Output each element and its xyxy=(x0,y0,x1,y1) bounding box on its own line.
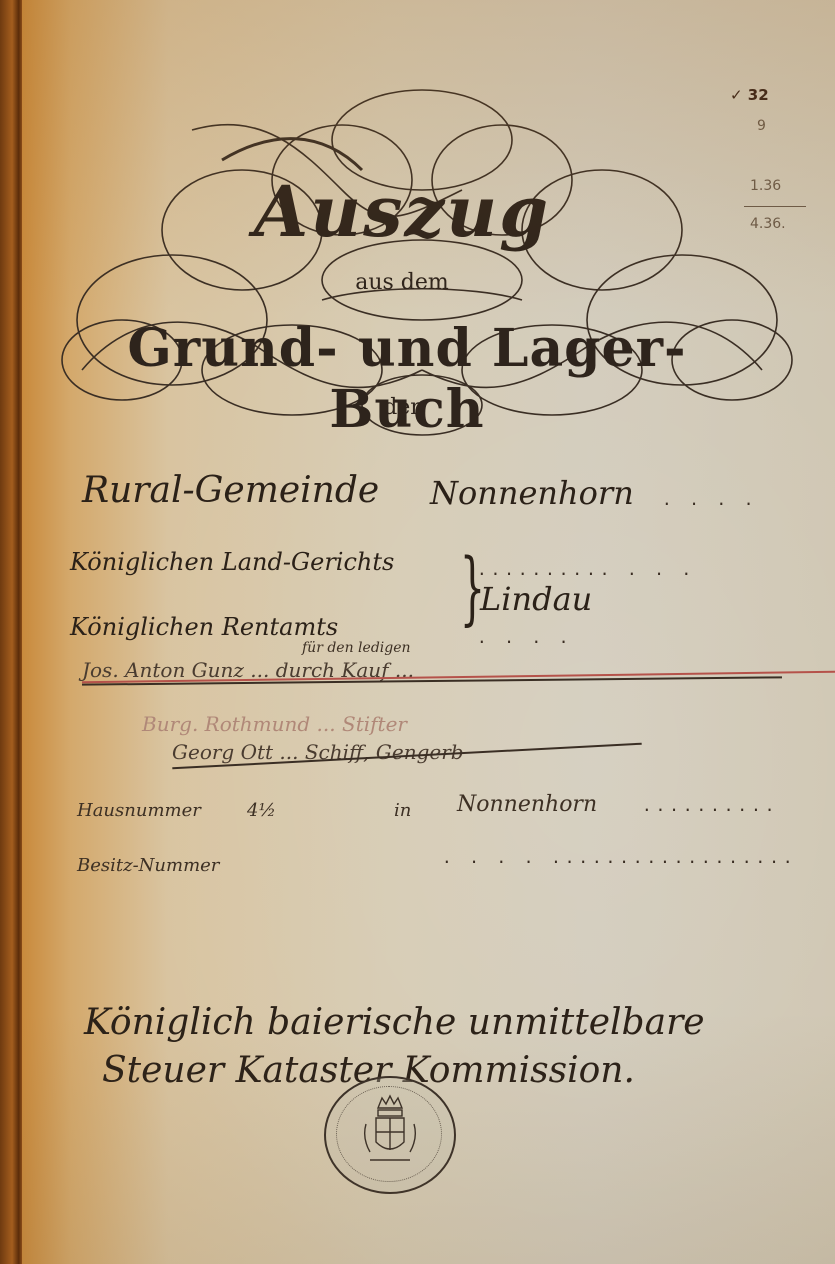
gemeinde-value: Nonnenhorn xyxy=(430,474,634,512)
book-title: Grund- und Lager-Buch xyxy=(117,318,697,440)
fill-dots: . . . . .................. xyxy=(442,848,796,867)
fill-dots: . . . . xyxy=(477,628,572,647)
coat-of-arms-icon xyxy=(360,1094,420,1170)
fill-dots: .......... . . . xyxy=(477,560,695,579)
document-page: ✓ 32 9 1.36 4.36. Auszug aus dem Grund- … xyxy=(22,0,835,1264)
title-connector-aus-dem: aus dem xyxy=(322,270,482,295)
place-prefix: in xyxy=(394,800,411,821)
landgericht-label: Königlichen Land-Gerichts xyxy=(70,548,394,576)
gemeinde-label: Rural-Gemeinde xyxy=(82,470,379,511)
rentamt-label: Königlichen Rentamts xyxy=(70,613,338,641)
book-binding xyxy=(0,0,22,1264)
fill-dots: .......... xyxy=(642,796,778,815)
authority-line-1: Königlich baierische unmittelbare xyxy=(84,1002,705,1043)
title-connector-der: der xyxy=(352,395,452,420)
fill-dots: . . . . xyxy=(662,490,757,509)
owner-entry-red: Burg. Rothmund ... Stifter xyxy=(142,712,407,736)
house-number-value: 4½ xyxy=(247,800,276,821)
place-value: Nonnenhorn xyxy=(457,792,597,817)
house-number-label: Hausnummer xyxy=(77,800,201,821)
owner-note-above: für den ledigen xyxy=(302,640,411,656)
document-title: Auszug xyxy=(172,170,632,253)
official-seal xyxy=(324,1076,456,1194)
district-value: Lindau xyxy=(480,580,592,618)
cadastre-number-label: Besitz-Nummer xyxy=(77,855,219,876)
